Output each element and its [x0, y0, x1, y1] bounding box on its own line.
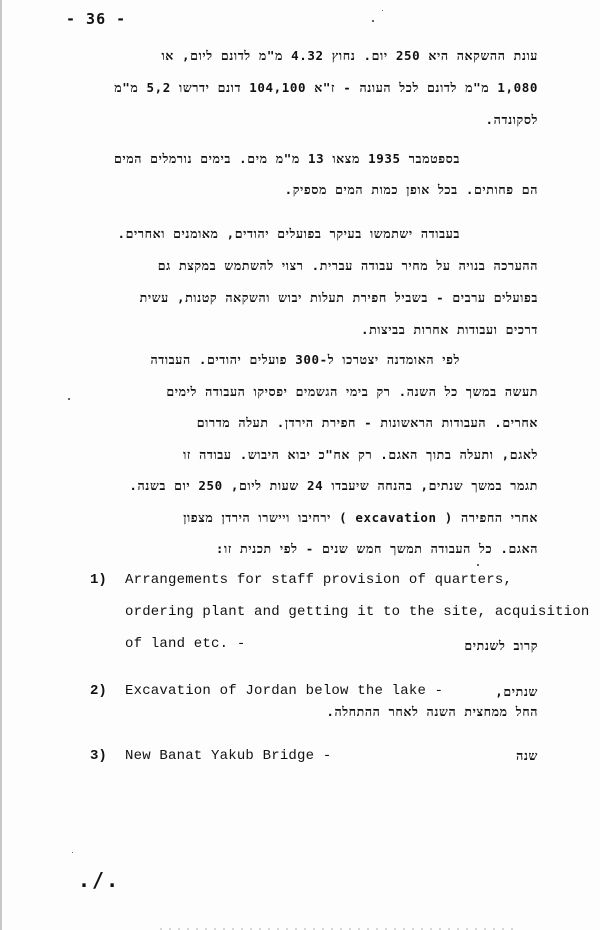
- paragraph-line: עונת ההשקאה היא 250 יום. נחוץ 4.32 מ"מ ל…: [162, 48, 539, 64]
- paragraph-line: בעבודה ישתמשו בעיקר בפועלים יהודים, מאומ…: [117, 226, 460, 242]
- schedule-item-duration: קרוב לשנתים: [464, 638, 538, 654]
- schedule-item-text: of land etc. -: [125, 636, 245, 652]
- paragraph-line: לאגם, ותעלה בתוך האגם. רק אח"כ יבוא היבו…: [183, 447, 538, 463]
- schedule-item-note: החל ממחצית השנה לאחר ההתחלה.: [326, 704, 538, 720]
- paragraph-line: לפי האומדנה יצטרכו ל-300 פועלים יהודים. …: [150, 352, 460, 368]
- scan-speck: [372, 20, 374, 22]
- paragraph-line: 1,080 מ"מ לדונם לכל העונה - ז"א 104,100 …: [114, 80, 538, 96]
- paragraph-line: אחרים. העבודות הראשונות - חפירת הירדן. ת…: [197, 415, 538, 431]
- paragraph-line: תעשה במשך כל השנה. רק בימי הגשמים יפסיקו…: [166, 384, 538, 400]
- scan-speck: [477, 564, 479, 566]
- scan-speck: [382, 10, 383, 11]
- schedule-item-text: Arrangements for staff provision of quar…: [125, 572, 512, 588]
- paragraph-line: האגם. כל העבודה תמשך חמש שנים - לפי תכני…: [216, 541, 538, 557]
- paragraph-line: אחרי החפירה ( excavation ) ירחיבו ויישרו…: [183, 510, 538, 526]
- schedule-item-text: New Banat Yakub Bridge -: [125, 748, 331, 764]
- schedule-item-number: 3): [90, 748, 107, 764]
- scan-speck: [68, 398, 70, 400]
- paragraph-line: בפועלים ערבים - בשביל חפירת תעלות יבוש ו…: [140, 290, 538, 306]
- scan-speck: [72, 852, 73, 853]
- paragraph-line: דרכים ועבודות אחרות בביצות.: [361, 322, 538, 338]
- continuation-mark: ./.: [78, 868, 120, 892]
- schedule-item-text: ordering plant and getting it to the sit…: [125, 604, 589, 620]
- schedule-item-text: Excavation of Jordan below the lake -: [125, 683, 443, 699]
- schedule-item-duration: שנתים,: [495, 684, 538, 700]
- paragraph-line: לסקונדה.: [486, 112, 538, 128]
- schedule-item-number: 2): [90, 683, 107, 699]
- paragraph-line: הם פחותים. בכל אופן כמות המים מספיק.: [285, 182, 538, 198]
- paragraph-line: תגמר במשך שנתים, בהנחה שיעבדו 24 שעות לי…: [129, 478, 538, 494]
- schedule-item-duration: שנה: [516, 748, 538, 764]
- paragraph-line: ההערכה בנויה על מחיר עבודה עברית. רצוי ל…: [158, 258, 538, 274]
- schedule-item-number: 1): [90, 572, 107, 588]
- page-edge: [0, 0, 2, 930]
- page-number: - 36 -: [66, 10, 126, 28]
- paragraph-line: בספטמבר 1935 מצאו 13 מ"מ מים. בימים נורמ…: [114, 151, 460, 167]
